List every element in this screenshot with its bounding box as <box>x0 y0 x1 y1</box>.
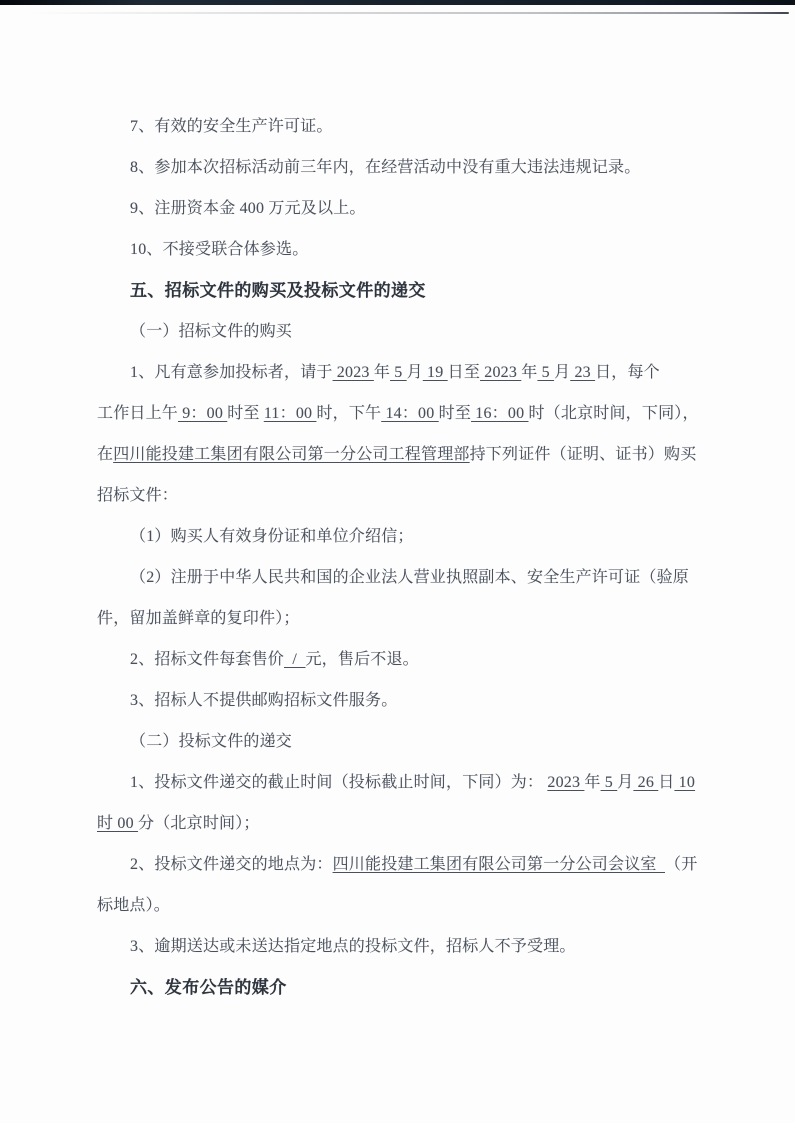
filled-blank: 9：00 <box>178 405 227 422</box>
filled-blank: 19 <box>423 364 448 381</box>
submission-para-3: 3、逾期送达或未送达指定地点的投标文件，招标人不予受理。 <box>97 926 711 967</box>
filled-blank: 5 <box>537 364 554 381</box>
submission-para-1-line-2: 时 00 分（北京时间）； <box>97 803 711 844</box>
text-segment: 标地点）。 <box>97 897 170 914</box>
text-segment: 日 <box>658 774 674 791</box>
text-segment: 时至 <box>439 405 471 422</box>
filled-blank: 2023 <box>547 774 584 791</box>
credential-item-1: （1）购买人有效身份证和单位介绍信； <box>97 516 711 557</box>
text-segment: 9、注册资本金 400 万元及以上。 <box>130 200 366 217</box>
text-segment: 月 <box>407 364 423 381</box>
requirement-item-8: 8、参加本次招标活动前三年内，在经营活动中没有重大违法违规记录。 <box>97 147 711 188</box>
purchase-para-1-line-4: 招标文件： <box>97 475 711 516</box>
filled-blank: 2023 <box>333 364 374 381</box>
filled-blank: 11：00 <box>264 405 317 422</box>
purchase-para-1-line-3: 在四川能投建工集团有限公司第一分公司工程管理部持下列证件（证明、证书）购买 <box>97 434 711 475</box>
text-segment: 年 <box>521 364 537 381</box>
filled-blank: 四川能投建工集团有限公司第一分公司工程管理部 <box>113 446 469 463</box>
text-segment: 日至 <box>448 364 480 381</box>
subsection-heading-2: （二）投标文件的递交 <box>97 721 711 762</box>
text-segment: （2）注册于中华人民共和国的企业法人营业执照副本、安全生产许可证（验原 <box>130 569 689 586</box>
text-segment: 时（北京时间，下同）， <box>528 405 698 422</box>
filled-blank: 26 <box>633 774 658 791</box>
text-segment: 时，下午 <box>316 405 381 422</box>
text-segment: 工作日上午 <box>97 405 178 422</box>
text-segment: 月 <box>554 364 570 381</box>
text-segment: 时至 <box>227 405 264 422</box>
submission-para-2-line-2: 标地点）。 <box>97 885 711 926</box>
filled-blank: 5 <box>390 364 407 381</box>
text-segment: （二）投标文件的递交 <box>130 733 292 750</box>
text-segment: 持下列证件（证明、证书）购买 <box>470 446 697 463</box>
text-segment: 日，每个 <box>595 364 660 381</box>
filled-blank: 时 00 <box>97 815 138 832</box>
credential-item-2-line-1: （2）注册于中华人民共和国的企业法人营业执照副本、安全生产许可证（验原 <box>97 557 711 598</box>
filled-blank: 5 <box>601 774 618 791</box>
text-segment: 7、有效的安全生产许可证。 <box>130 118 333 135</box>
section-heading-5: 五、招标文件的购买及投标文件的递交 <box>97 270 711 311</box>
section-heading-6: 六、发布公告的媒介 <box>97 967 711 1008</box>
text-segment: 招标文件： <box>97 487 178 504</box>
text-segment: （开 <box>665 856 697 873</box>
subsection-heading-1: （一）招标文件的购买 <box>97 311 711 352</box>
text-segment: 元，售后不退。 <box>305 651 418 668</box>
text-segment: 3、逾期送达或未送达指定地点的投标文件，招标人不予受理。 <box>130 938 576 955</box>
text-segment: 件，留加盖鲜章的复印件）； <box>97 610 300 627</box>
document-body: 7、有效的安全生产许可证。8、参加本次招标活动前三年内，在经营活动中没有重大违法… <box>97 106 711 1008</box>
filled-blank: / <box>284 651 305 668</box>
text-segment: 2、招标文件每套售价 <box>130 651 284 668</box>
text-segment: 年 <box>374 364 390 381</box>
requirement-item-10: 10、不接受联合体参选。 <box>97 229 711 270</box>
text-segment: 1、凡有意参加投标者，请于 <box>130 364 333 381</box>
scan-edge-bar <box>0 0 795 5</box>
text-segment: （1）购买人有效身份证和单位介绍信； <box>130 528 414 545</box>
requirement-item-9: 9、注册资本金 400 万元及以上。 <box>97 188 711 229</box>
filled-blank: 2023 <box>480 364 521 381</box>
purchase-para-1-line-1: 1、凡有意参加投标者，请于 2023 年 5 月 19 日至 2023 年 5 … <box>97 352 711 393</box>
text-segment: 分（北京时间）； <box>138 815 260 832</box>
text-segment: 年 <box>584 774 600 791</box>
filled-blank: 14：00 <box>381 405 438 422</box>
text-segment: 8、参加本次招标活动前三年内，在经营活动中没有重大违法违规记录。 <box>130 159 640 176</box>
credential-item-2-line-2: 件，留加盖鲜章的复印件）； <box>97 598 711 639</box>
text-segment: 月 <box>617 774 633 791</box>
text-segment: （一）招标文件的购买 <box>130 323 292 340</box>
filled-blank: 23 <box>570 364 595 381</box>
heading-text: 六、发布公告的媒介 <box>130 978 287 997</box>
filled-blank: 16：00 <box>471 405 528 422</box>
scanned-document-page: { "palette": { "paper": "#fdfdfd", "body… <box>0 0 795 1123</box>
text-segment: 2、投标文件递交的地点为： <box>130 856 333 873</box>
purchase-para-3: 3、招标人不提供邮购招标文件服务。 <box>97 680 711 721</box>
submission-para-2-line-1: 2、投标文件递交的地点为：四川能投建工集团有限公司第一分公司会议室 （开 <box>97 844 711 885</box>
filled-blank: 四川能投建工集团有限公司第一分公司会议室 <box>333 856 665 873</box>
filled-blank: 10 <box>674 774 695 791</box>
purchase-para-1-line-2: 工作日上午 9：00 时至 11：00 时，下午 14：00 时至 16：00 … <box>97 393 711 434</box>
text-segment: 1、投标文件递交的截止时间（投标截止时间，下同）为： <box>130 774 547 791</box>
purchase-para-2: 2、招标文件每套售价 / 元，售后不退。 <box>97 639 711 680</box>
scan-fold-line <box>30 12 789 14</box>
text-segment: 3、招标人不提供邮购招标文件服务。 <box>130 692 397 709</box>
heading-text: 五、招标文件的购买及投标文件的递交 <box>130 281 426 300</box>
submission-para-1-line-1: 1、投标文件递交的截止时间（投标截止时间，下同）为： 2023 年 5 月 26… <box>97 762 711 803</box>
text-segment: 10、不接受联合体参选。 <box>130 241 308 258</box>
text-segment: 在 <box>97 446 113 463</box>
requirement-item-7: 7、有效的安全生产许可证。 <box>97 106 711 147</box>
